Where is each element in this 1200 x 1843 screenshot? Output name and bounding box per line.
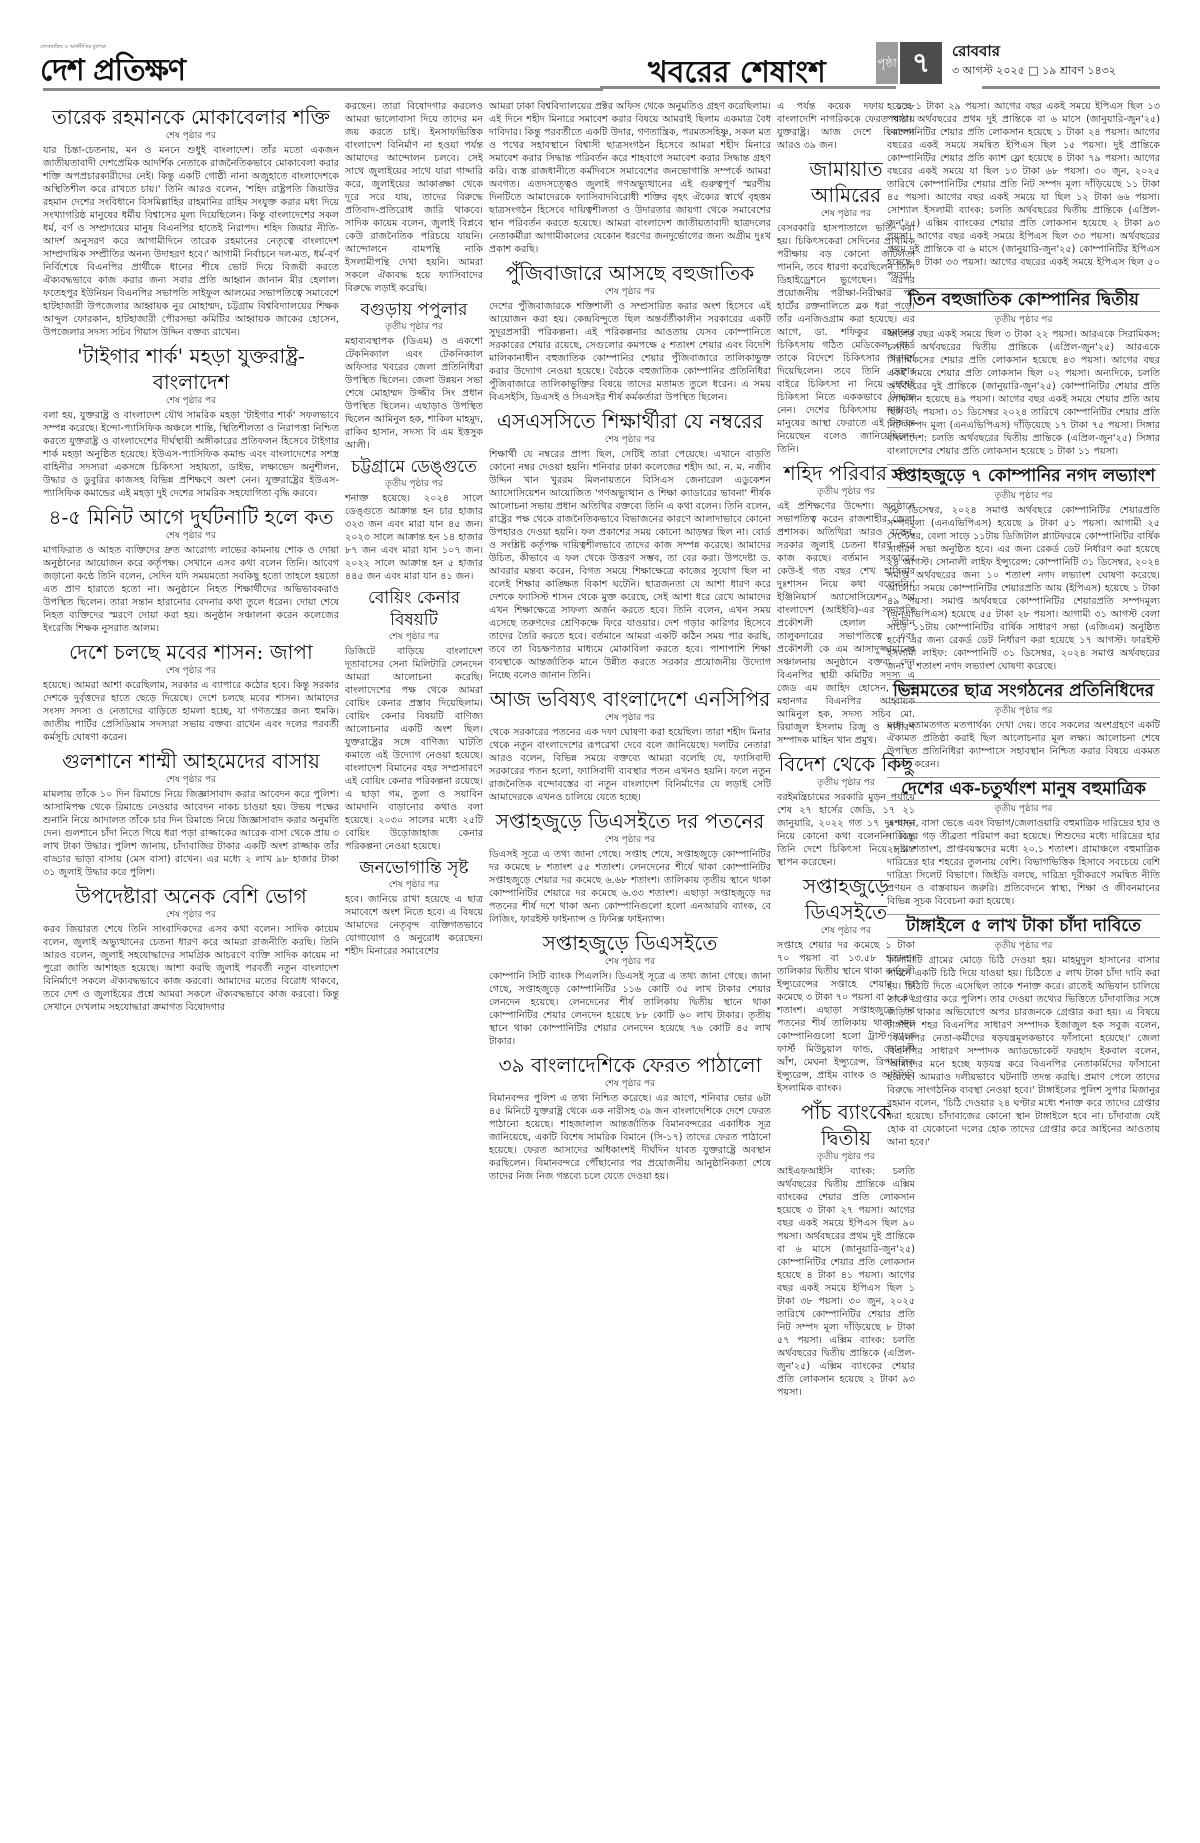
article-headline[interactable]: আজ ভবিষ্যৎ বাংলাদেশে এনসিপির [489,686,771,712]
article-body: হবে। জানিয়ে রাখা হয়েছে এ ছাত্র সমাবেশে… [345,893,483,958]
article: গুলশানে শাম্মী আহমেদের বাসায় শেষ পৃষ্ঠা… [43,748,339,879]
article-headline[interactable]: ভিন্নমতের ছাত্র সংগঠনের প্রতিনিধিদের [887,679,1160,703]
article: তারেক রহমানকে মোকাবেলার শক্তি শেষ পৃষ্ঠা… [43,104,339,339]
continuation-label: শেষ পৃষ্ঠার পর [43,530,339,542]
masthead-rule-date [982,86,1160,89]
article-headline[interactable]: দেশে চলছে মবের শাসন: জাপা [43,639,339,665]
article: উপদেষ্টারা অনেক বেশি ভোগ শেষ পৃষ্ঠার পর … [43,883,339,1014]
continuation-label: শেষ পৃষ্ঠার পর [43,909,339,921]
article: পুঁজিবাজারে আসছে বহুজাতিক শেষ পৃষ্ঠার পর… [489,260,771,404]
article-body: করব জিয়ারত শেষে তিনি সাংবাদিকদের এসব কথ… [43,923,339,1014]
continuation-label: তৃতীয় পৃষ্ঠার পর [345,478,483,490]
article: সপ্তাহজুড়ে ৭ কোম্পানির নগদ লভ্যাংশ তৃতী… [887,464,1160,673]
article-body: মামলায় তাঁকে ১০ দিন রিমান্ডে নিয়ে জিজ্… [43,788,339,879]
masthead-rule-right [600,86,896,89]
continuation-label: শেষ পৃষ্ঠার পর [489,712,771,724]
continuation-label: তৃতীয় পৃষ্ঠার পর [887,705,1160,717]
article-headline[interactable]: টাঙ্গাইলে ৫ লাখ টাকা চাঁদা দাবিতে [887,914,1160,938]
article-body: এ ছাড়া, বাসা ভেঙে এবং বিভাগ/জেলাওয়ারি … [887,817,1160,908]
date-line: ৩ আগস্ট ২০২৫ □ ১৯ শ্রাবণ ১৪৩২ [952,62,1116,81]
article-body: মাগফিরাত ও আহত ব্যক্তিদের দ্রুত আরোগ্য ল… [43,544,339,635]
continuation-label: শেষ পৃষ্ঠার পর [43,130,339,142]
masthead-left: লোকবাহিত ও আর্থনীতির মুখপত্র দেশ প্রতিক্… [40,40,560,90]
continuation-label: শেষ পৃষ্ঠার পর [489,434,771,446]
page-number: ৭ [900,42,942,84]
article-body: হয়েছে। আমরা আশা করেছিলাম, সরকার এ ব্যাপ… [43,679,339,744]
column-1: তারেক রহমানকে মোকাবেলার শক্তি শেষ পৃষ্ঠা… [43,100,339,1015]
continuation-label: শেষ পৃষ্ঠার পর [43,774,339,786]
continuation-label: তৃতীয় পৃষ্ঠার পর [887,314,1160,326]
article: টাঙ্গাইলে ৫ লাখ টাকা চাঁদা দাবিতে তৃতীয়… [887,914,1160,1149]
continuation-label: শেষ পৃষ্ঠার পর [489,834,771,846]
page-label: পৃষ্ঠা [876,42,898,84]
column-2: করছেন। তারা বিষোদগার করলেও আমরা ভালোবাসা… [345,100,483,959]
article-body: মধ্যে মতামতগত মতপার্থক্য দেখা দেয়। তবে … [887,719,1160,771]
article-body: হয়েছে ১ টাকা ২৯ পয়সা। আগের বছর একই সময… [887,100,1160,282]
continuation-label: তৃতীয় পৃষ্ঠার পর [345,321,483,333]
article-headline[interactable]: জনভোগান্তি সৃষ্ট [345,857,483,879]
continuation-label: শেষ পৃষ্ঠার পর [489,286,771,298]
article-headline[interactable]: ৩৯ বাংলাদেশিকে ফেরত পাঠালো [489,1052,771,1078]
continuation-label: শেষ পৃষ্ঠার পর [489,1078,771,1090]
article-body: কালামাটি গ্রামের মোড়ে চিঠি দেওয়া হয়। … [887,954,1160,1149]
article-headline[interactable]: দেশের এক-চতুর্থাংশ মানুষ বহুমাত্রিক [887,777,1160,801]
article-headline[interactable]: এসএসসিতে শিক্ষার্থীরা যে নম্বরের [489,408,771,434]
article: হয়েছে ১ টাকা ২৯ পয়সা। আগের বছর একই সময… [887,100,1160,282]
article-headline[interactable]: সপ্তাহজুড়ে ডিএসইতে [489,930,771,956]
continuation-label: শেষ পৃষ্ঠার পর [43,395,339,407]
article: আমরা ঢাকা বিশ্ববিদ্যালয়ের প্রক্টর অফিস … [489,100,771,256]
article-headline[interactable]: সপ্তাহজুড়ে ৭ কোম্পানির নগদ লভ্যাংশ [887,464,1160,488]
article-body: মহাব্যবস্থাপক (ডিএম) ও একশো টেকনিক্যাল এ… [345,335,483,452]
masthead: লোকবাহিত ও আর্থনীতির মুখপত্র দেশ প্রতিক্… [40,40,1160,90]
continuation-label: শেষ পৃষ্ঠার পর [43,665,339,677]
continuation-label: তৃতীয় পৃষ্ঠার পর [887,490,1160,502]
article: আজ ভবিষ্যৎ বাংলাদেশে এনসিপির শেষ পৃষ্ঠার… [489,686,771,804]
article: জনভোগান্তি সৃষ্ট শেষ পৃষ্ঠার পর হবে। জান… [345,857,483,958]
article-headline[interactable]: বগুড়ায় পপুলার [345,299,483,321]
article-body: দেশের পুঁজিবাজারকে শক্তিশালী ও সম্প্রসার… [489,300,771,404]
article-body: থেকে সরকারের পতনের এক দফা ঘোষণা করা হয়ে… [489,726,771,804]
article-body: যার চিন্তা-চেতনায়, মন ও মননে শুধুই বাংল… [43,144,339,339]
continuation-label: শেষ পৃষ্ঠার পর [489,956,771,968]
continuation-label: তৃতীয় পৃষ্ঠার পর [887,940,1160,952]
article-body: ৩১ ডিসেম্বর, ২০২৪ সমাপ্ত অর্থবছরে কোম্পা… [887,504,1160,673]
article-headline[interactable]: গুলশানে শাম্মী আহমেদের বাসায় [43,748,339,774]
column-5: হয়েছে ১ টাকা ২৯ পয়সা। আগের বছর একই সময… [887,100,1160,1150]
article: ৩৯ বাংলাদেশিকে ফেরত পাঠালো শেষ পৃষ্ঠার প… [489,1052,771,1183]
continuation-label: শেষ পৃষ্ঠার পর [345,631,483,643]
article-body: শিক্ষার্থী যে নম্বরের প্রাপ্য ছিল, সেটিই… [489,448,771,682]
article: দেশে চলছে মবের শাসন: জাপা শেষ পৃষ্ঠার পর… [43,639,339,744]
article-body: করছেন। তারা বিষোদগার করলেও আমরা ভালোবাসা… [345,100,483,295]
article: বগুড়ায় পপুলার তৃতীয় পৃষ্ঠার পর মহাব্য… [345,299,483,452]
article-headline[interactable]: পুঁজিবাজারে আসছে বহুজাতিক [489,260,771,286]
article-headline[interactable]: উপদেষ্টারা অনেক বেশি ভোগ [43,883,339,909]
article: সপ্তাহজুড়ে ডিএসইতে দর পতনের শেষ পৃষ্ঠার… [489,808,771,926]
article: ভিন্নমতের ছাত্র সংগঠনের প্রতিনিধিদের তৃত… [887,679,1160,771]
article: ৪-৫ মিনিট আগে দুর্ঘটনাটি হলে কত শেষ পৃষ্… [43,504,339,635]
article-headline[interactable]: চট্টগ্রামে ডেঙ্গুতে [345,456,483,478]
article: সপ্তাহজুড়ে ডিএসইতে শেষ পৃষ্ঠার পর কোম্প… [489,930,771,1048]
article-body: কোম্পানি সিটি ব্যাংক পিএলসি। ডিএসই সূত্র… [489,970,771,1048]
article-body: আগের বছর একই সময়ে ছিল ৩ টাকা ২২ পয়সা। … [887,328,1160,458]
article: এসএসসিতে শিক্ষার্থীরা যে নম্বরের শেষ পৃষ… [489,408,771,682]
section-title: খবরের শেষাংশ [648,48,826,99]
article: করছেন। তারা বিষোদগার করলেও আমরা ভালোবাসা… [345,100,483,295]
article: তিন বহুজাতিক কোম্পানির দ্বিতীয় তৃতীয় প… [887,288,1160,458]
article-body: ডিএসই সূত্রে এ তথ্য জানা গেছে। সপ্তাহ শে… [489,848,771,926]
article-headline[interactable]: তারেক রহমানকে মোকাবেলার শক্তি [43,104,339,130]
article: বোয়িং কেনার বিষয়টি শেষ পৃষ্ঠার পর ডিজি… [345,587,483,853]
continuation-label: তৃতীয় পৃষ্ঠার পর [887,803,1160,815]
article-body: শনাক্ত হয়েছে। ২০২৪ সালে ডেঙ্গুতে আক্রান… [345,492,483,583]
article-headline[interactable]: তিন বহুজাতিক কোম্পানির দ্বিতীয় [887,288,1160,312]
article-body: আমরা ঢাকা বিশ্ববিদ্যালয়ের প্রক্টর অফিস … [489,100,771,256]
article-body: বলা হয়, যুক্তরাষ্ট্র ও বাংলাদেশ যৌথ সাম… [43,409,339,500]
article: চট্টগ্রামে ডেঙ্গুতে তৃতীয় পৃষ্ঠার পর শন… [345,456,483,583]
article-headline[interactable]: 'টাইগার শার্ক' মহড়া যুক্তরাষ্ট্র-বাংলাদ… [43,343,339,395]
article-headline[interactable]: ৪-৫ মিনিট আগে দুর্ঘটনাটি হলে কত [43,504,339,530]
article-headline[interactable]: বোয়িং কেনার বিষয়টি [345,587,483,631]
masthead-right: খবরের শেষাংশ পৃষ্ঠা ৭ রোববার ৩ আগস্ট ২০২… [560,40,1160,90]
article-body: আইএফআইসি ব্যাংক: চলতি অর্থবছরের দ্বিতীয়… [777,1165,915,1399]
continuation-label: শেষ পৃষ্ঠার পর [345,879,483,891]
article-body: বিমানবন্দর পুলিশ এ তথ্য নিশ্চিত করেছে। এ… [489,1092,771,1183]
article: দেশের এক-চতুর্থাংশ মানুষ বহুমাত্রিক তৃতী… [887,777,1160,908]
article-headline[interactable]: সপ্তাহজুড়ে ডিএসইতে দর পতনের [489,808,771,834]
column-3: আমরা ঢাকা বিশ্ববিদ্যালয়ের প্রক্টর অফিস … [489,100,771,1184]
article-body: ডিজিটে বাড়িয়ে বাংলাদেশ দূতাবাসের সেনা … [345,645,483,853]
continuation-label: তৃতীয় পৃষ্ঠার পর [777,1151,915,1163]
masthead-rule-left [43,88,603,91]
article: 'টাইগার শার্ক' মহড়া যুক্তরাষ্ট্র-বাংলাদ… [43,343,339,500]
